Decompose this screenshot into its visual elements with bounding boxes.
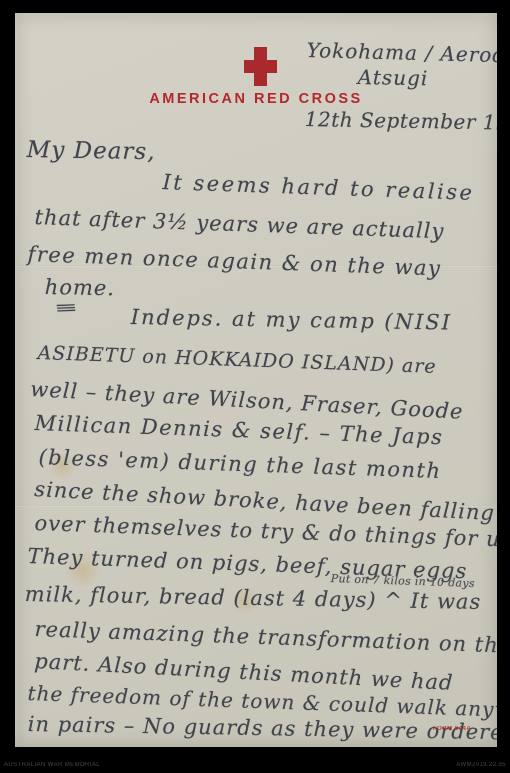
archive-catalog-number: AWM2019.22.35 <box>456 762 506 768</box>
heading-location-line1: Yokohama / Aerodrome <box>306 39 497 68</box>
heading-location-line2: Atsugi <box>358 66 429 89</box>
letterhead-title: AMERICAN RED CROSS <box>15 91 497 107</box>
letter-line: (bless 'em) during the last month <box>38 446 442 483</box>
letter-page: AMERICAN RED CROSS Yokohama / Aerodrome … <box>15 13 497 747</box>
form-number: FORM 644A <box>433 726 471 732</box>
photo-of-letter: AMERICAN RED CROSS Yokohama / Aerodrome … <box>0 0 510 773</box>
archive-source-label: AUSTRALIAN WAR MEMORIAL <box>4 762 100 768</box>
heading-date: 12th September 1945. <box>305 108 497 134</box>
letter-line: Indeps. at my camp (NISI <box>131 306 453 335</box>
letter-line: It seems hard to realise <box>162 171 475 205</box>
letter-line: ASIBETU on HOKKAIDO ISLAND) are <box>37 343 437 378</box>
salutation: My Dears, <box>27 138 156 166</box>
letter-line: home. <box>45 276 116 300</box>
paragraph-mark: ≡ <box>53 299 79 316</box>
letter-line: that after 3½ years we are actually <box>34 206 445 243</box>
red-cross-icon <box>244 47 277 86</box>
